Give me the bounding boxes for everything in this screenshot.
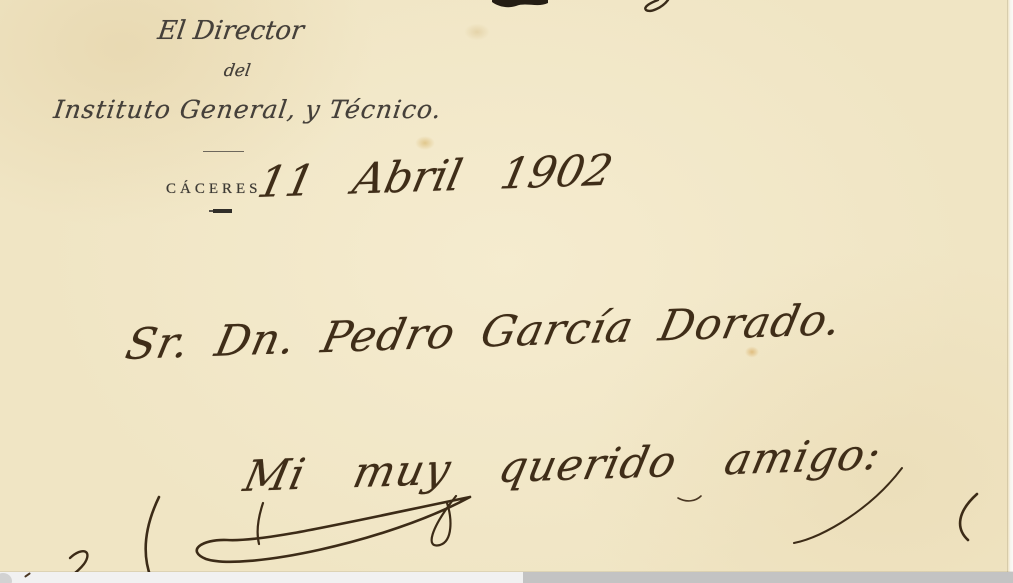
ink-flourish-mid-loop: [432, 496, 456, 546]
handwritten-salutation: Mi muy querido amigo:: [239, 430, 886, 502]
ink-flourish-loop: [197, 497, 470, 562]
ink-fragment-top-scribble: [492, 0, 548, 7]
horizontal-scrollbar-thumb[interactable]: [523, 572, 1013, 583]
horizontal-scrollbar-track[interactable]: [0, 572, 1013, 583]
ink-fragment-top-curl: [645, 0, 668, 11]
handwritten-date: 11 Abril 1902: [253, 146, 617, 208]
document-scan-page: El Director del Instituto General, y Téc…: [0, 0, 1013, 583]
letterhead-title-line1: El Director: [156, 16, 306, 46]
ink-fragment-small-marks: [678, 496, 701, 501]
letterhead-city: CÁCERES: [166, 181, 262, 198]
ink-fragment-in-scrollbar: [24, 572, 31, 578]
letterhead-underline-dash: [213, 209, 232, 213]
page-right-edge: [1008, 0, 1013, 583]
ink-flourish-long-stroke: [146, 497, 159, 578]
handwritten-recipient: Sr. Dn. Pedro García Dorado.: [121, 295, 846, 370]
ink-flourish-right-stroke: [960, 494, 977, 540]
letterhead-title-line3: Instituto General, y Técnico.: [52, 95, 444, 124]
ink-fragments-overlay: [0, 0, 1013, 583]
letterhead-title-line2: del: [223, 61, 252, 81]
scrollbar-corner-knob[interactable]: [0, 573, 12, 583]
letterhead-divider-rule: [203, 151, 244, 152]
ink-flourish-short-stroke: [258, 503, 263, 544]
